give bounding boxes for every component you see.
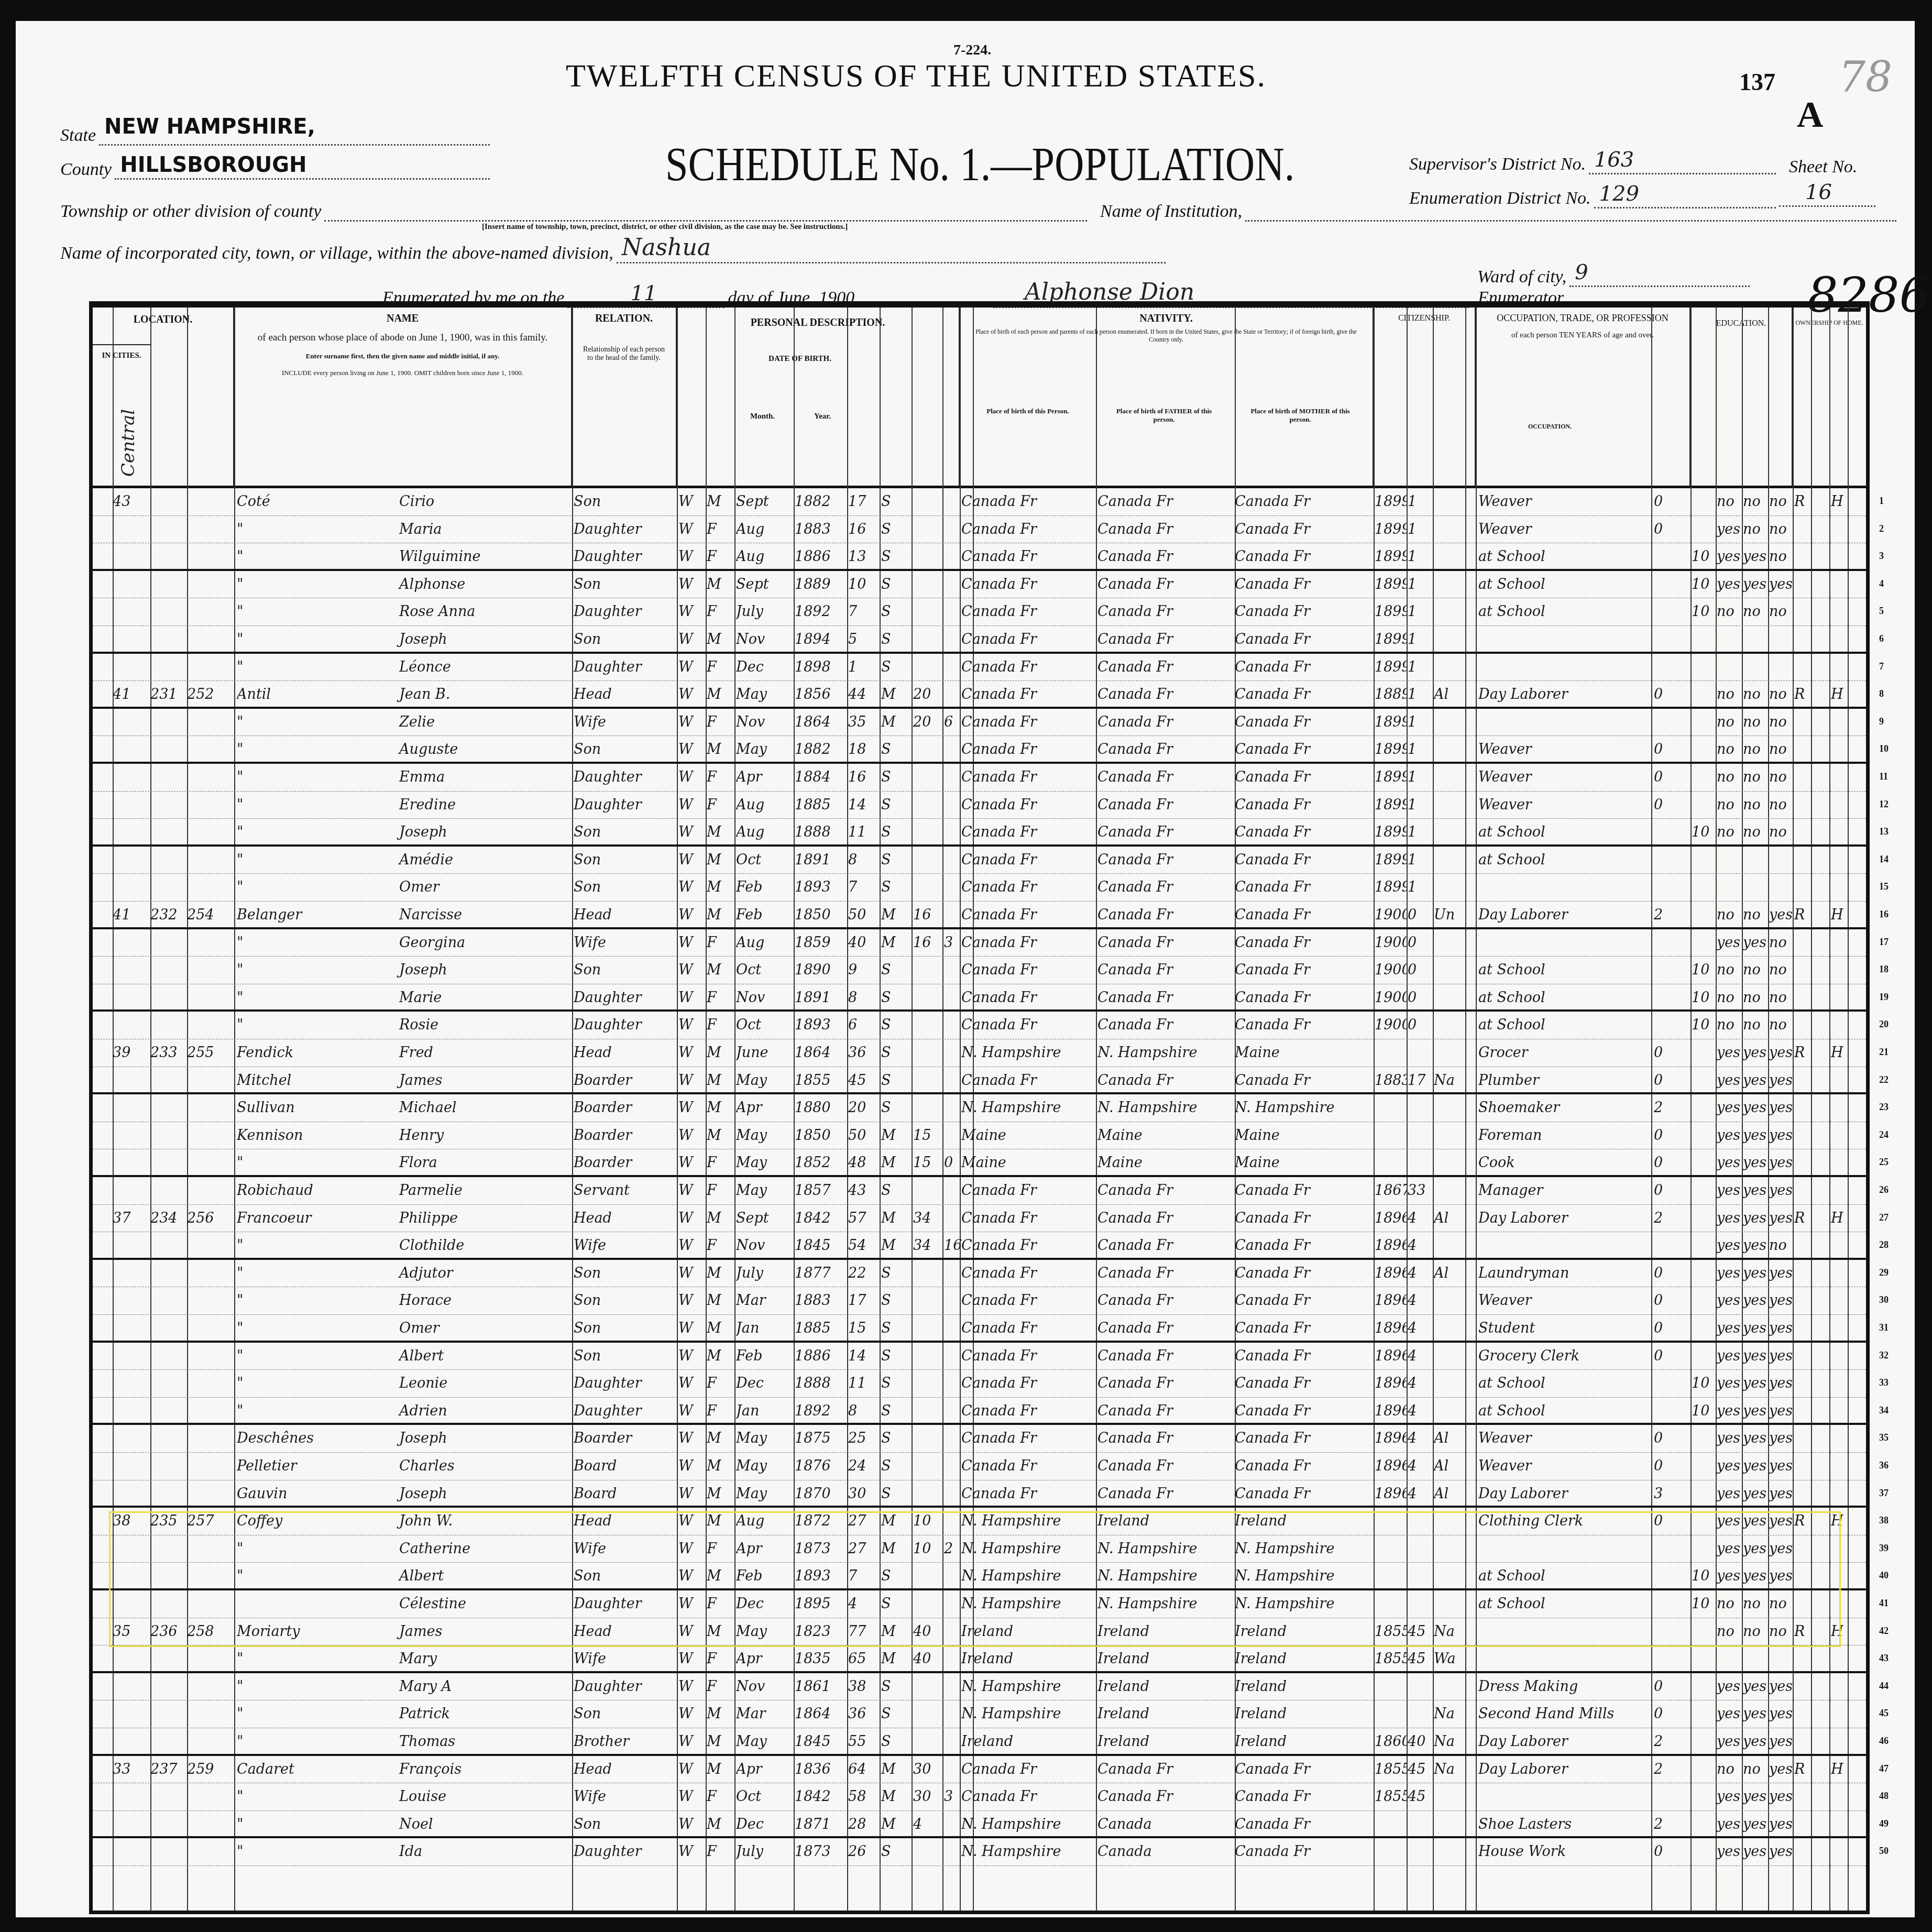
cell-own xyxy=(1794,1094,1813,1122)
cell-pob: Canada Fr xyxy=(961,571,1096,598)
cell-dw xyxy=(150,736,187,762)
cell-speak: yes xyxy=(1769,1563,1793,1588)
cell-rel: Son xyxy=(574,1700,676,1728)
cell-nat xyxy=(1434,1232,1465,1258)
cell-sex: F xyxy=(707,1673,736,1700)
cell-yrs: 4 xyxy=(1408,1315,1433,1341)
cell-sch xyxy=(1692,488,1717,515)
cell-write: no xyxy=(1743,1756,1769,1783)
cell-year: 1882 xyxy=(795,488,847,515)
cell-house xyxy=(113,1453,144,1480)
cell-read: yes xyxy=(1717,1425,1743,1452)
cell-unemp xyxy=(1654,1563,1675,1588)
cell-sch xyxy=(1692,847,1717,874)
cell-pobf: Canada xyxy=(1097,1811,1234,1837)
cell-given: Noel xyxy=(368,1811,598,1837)
cell-age: 6 xyxy=(848,1012,881,1039)
cell-yrs: 1 xyxy=(1408,874,1433,901)
cell-ym: 10 xyxy=(913,1535,942,1563)
cell-age: 48 xyxy=(848,1149,881,1175)
cell-own xyxy=(1794,1177,1813,1204)
cell-read xyxy=(1717,874,1743,901)
line-number: 18 xyxy=(1879,964,1889,975)
cell-age: 27 xyxy=(848,1508,881,1535)
cell-given: Clothilde xyxy=(368,1232,598,1258)
cell-dw xyxy=(150,1370,187,1397)
cell-color: W xyxy=(678,984,707,1010)
cell-age: 45 xyxy=(848,1067,881,1093)
cell-house xyxy=(113,1315,144,1341)
cell-month: Aug xyxy=(736,819,795,844)
table-row: "FloraBoarderWFMay185248M150MaineMaineMa… xyxy=(93,1149,1866,1177)
cell-own xyxy=(1794,984,1813,1010)
table-row: 37234256FrancoeurPhilippeHeadWMSept18425… xyxy=(93,1205,1866,1233)
cell-write: yes xyxy=(1743,571,1769,598)
cell-month: May xyxy=(736,1425,795,1452)
cell-pobm: Canada Fr xyxy=(1235,681,1372,707)
cell-yrs xyxy=(1408,1673,1433,1700)
cell-mar: M xyxy=(881,1811,913,1837)
name-label: NAME xyxy=(255,313,550,325)
cell-age: 15 xyxy=(848,1315,881,1341)
ward-value: 9 xyxy=(1575,260,1588,284)
cell-month: May xyxy=(736,1067,795,1093)
cell-farm xyxy=(1831,1232,1849,1258)
cell-read: no xyxy=(1717,819,1743,844)
table-row: "Mary ADaughterWFNov186138SN. HampshireI… xyxy=(93,1673,1866,1701)
cell-mar: M xyxy=(881,902,913,927)
cell-given: Albert xyxy=(368,1563,598,1588)
cell-speak: yes xyxy=(1769,902,1793,927)
cell-pobm: N. Hampshire xyxy=(1235,1590,1372,1618)
cell-sch xyxy=(1692,681,1717,707)
cell-age: 7 xyxy=(848,1563,881,1588)
cell-occ: Day Laborer xyxy=(1478,1728,1651,1754)
cell-age: 1 xyxy=(848,654,881,681)
cell-unemp: 0 xyxy=(1654,1508,1675,1535)
cell-read: yes xyxy=(1717,1673,1743,1700)
cell-write: yes xyxy=(1743,1480,1769,1506)
cell-pob: Canada Fr xyxy=(961,984,1096,1010)
cell-mar: S xyxy=(881,1094,913,1122)
cell-pobf: Canada Fr xyxy=(1097,598,1234,625)
cell-sex: M xyxy=(707,847,736,874)
cell-speak: no xyxy=(1769,543,1793,569)
cell-imm: 1900 xyxy=(1375,929,1407,957)
cell-rel: Son xyxy=(574,1563,676,1588)
population-table: LOCATION. IN CITIES. NAME of each person… xyxy=(89,301,1870,1914)
cell-dw xyxy=(150,1067,187,1093)
cell-pobf: N. Hampshire xyxy=(1097,1039,1234,1067)
cell-rel: Daughter xyxy=(574,1590,676,1618)
cell-surname: " xyxy=(237,1535,368,1563)
cell-nat xyxy=(1434,984,1465,1010)
cell-color: W xyxy=(678,709,707,736)
cell-color: W xyxy=(678,681,707,707)
cell-month: May xyxy=(736,681,795,707)
cell-dw xyxy=(150,598,187,625)
cell-pob: N. Hampshire xyxy=(961,1563,1096,1588)
cell-speak: yes xyxy=(1769,1425,1793,1452)
cell-unemp xyxy=(1654,1618,1675,1645)
cell-color: W xyxy=(678,516,707,543)
table-row: PelletierCharlesBoardWMMay187624SCanada … xyxy=(93,1453,1866,1480)
cell-pobm: Canada Fr xyxy=(1235,1260,1372,1287)
cell-pobm: Canada Fr xyxy=(1235,847,1372,874)
cell-pobm: Canada Fr xyxy=(1235,1756,1372,1783)
cell-write: yes xyxy=(1743,1287,1769,1314)
cell-sch xyxy=(1692,1811,1717,1837)
cell-sex: F xyxy=(707,1535,736,1563)
cell-house xyxy=(113,1563,144,1588)
cell-farm xyxy=(1831,1370,1849,1397)
cell-farm xyxy=(1831,1315,1849,1341)
cell-fam xyxy=(187,1783,224,1810)
cell-speak xyxy=(1769,1645,1793,1671)
line-number: 14 xyxy=(1879,854,1889,865)
cell-write: no xyxy=(1743,1618,1769,1645)
cell-unemp: 0 xyxy=(1654,488,1675,515)
cell-given: Joseph xyxy=(368,1480,598,1506)
cell-color: W xyxy=(678,792,707,819)
cell-pobm: Canada Fr xyxy=(1235,488,1372,515)
cell-pobf: Maine xyxy=(1097,1122,1234,1149)
cell-imm: 1855 xyxy=(1375,1645,1407,1671)
cell-imm xyxy=(1375,1535,1407,1563)
cell-ym: 16 xyxy=(913,902,942,927)
table-row: "MaryWifeWFApr183565M40IrelandIrelandIre… xyxy=(93,1645,1866,1673)
cell-occ: Weaver xyxy=(1478,792,1651,819)
cell-sex: F xyxy=(707,1398,736,1423)
cell-pobf: Canada Fr xyxy=(1097,984,1234,1010)
cell-speak: no xyxy=(1769,516,1793,543)
cell-read: yes xyxy=(1717,1700,1743,1728)
name-instruction-1: Enter surname first, then the given name… xyxy=(255,352,550,360)
cell-pob: Canada Fr xyxy=(961,1177,1096,1204)
cell-pob: Canada Fr xyxy=(961,488,1096,515)
cell-free xyxy=(1813,736,1831,762)
cell-sex: F xyxy=(707,1838,736,1865)
cell-speak: yes xyxy=(1769,1287,1793,1314)
cell-sex: M xyxy=(707,1618,736,1645)
occupation-description: of each person TEN YEARS of age and over… xyxy=(1486,331,1679,340)
cell-fam xyxy=(187,1645,224,1671)
cell-month: Dec xyxy=(736,1370,795,1397)
cell-year: 1870 xyxy=(795,1480,847,1506)
cell-sex: F xyxy=(707,1645,736,1671)
cell-month: Feb xyxy=(736,874,795,901)
cell-imm: 1896 xyxy=(1375,1453,1407,1480)
cell-year: 1884 xyxy=(795,764,847,791)
cell-speak: yes xyxy=(1769,1756,1793,1783)
cell-own xyxy=(1794,516,1813,543)
cell-sch xyxy=(1692,1260,1717,1287)
cell-pob: Canada Fr xyxy=(961,1205,1096,1232)
cell-fs xyxy=(1849,1315,1866,1341)
cell-given: Catherine xyxy=(368,1535,598,1563)
cell-house xyxy=(113,598,144,625)
cell-yrs: 1 xyxy=(1408,543,1433,569)
cell-own xyxy=(1794,654,1813,681)
cell-own xyxy=(1794,1645,1813,1671)
cell-speak: yes xyxy=(1769,1811,1793,1837)
cell-rel: Boarder xyxy=(574,1094,676,1122)
cell-fam xyxy=(187,1012,224,1039)
cell-write: yes xyxy=(1743,1122,1769,1149)
cell-pobm: Canada Fr xyxy=(1235,626,1372,652)
cell-speak: yes xyxy=(1769,1343,1793,1370)
cell-unemp xyxy=(1654,1645,1675,1671)
cell-pobf: Canada Fr xyxy=(1097,488,1234,515)
cell-mar: M xyxy=(881,1756,913,1783)
cell-pob: Canada Fr xyxy=(961,626,1096,652)
cell-house xyxy=(113,709,144,736)
form-number: 7-224. xyxy=(953,42,991,59)
cell-pob: Canada Fr xyxy=(961,516,1096,543)
cell-read: yes xyxy=(1717,1039,1743,1067)
cell-mar: M xyxy=(881,1783,913,1810)
cell-read: yes xyxy=(1717,1535,1743,1563)
cell-read: yes xyxy=(1717,1315,1743,1341)
cell-house: 43 xyxy=(113,488,144,515)
cell-pobm: Canada Fr xyxy=(1235,874,1372,901)
cell-fam xyxy=(187,1728,224,1754)
cell-speak: no xyxy=(1769,1618,1793,1645)
cell-sex: M xyxy=(707,1508,736,1535)
cell-mar: S xyxy=(881,1480,913,1506)
table-row: CélestineDaughterWFDec18954SN. Hampshire… xyxy=(93,1590,1866,1618)
cell-rel: Daughter xyxy=(574,1673,676,1700)
cell-nat xyxy=(1434,1149,1465,1175)
cell-pobm: Canada Fr xyxy=(1235,819,1372,844)
cell-occ: Plumber xyxy=(1478,1067,1651,1093)
cell-house xyxy=(113,1425,144,1452)
cell-house xyxy=(113,1700,144,1728)
cell-occ: Second Hand Mills xyxy=(1478,1700,1651,1728)
cell-read: yes xyxy=(1717,1728,1743,1754)
cell-rel: Son xyxy=(574,1260,676,1287)
cell-surname: Coté xyxy=(237,488,368,515)
enumeration-district: 129 xyxy=(1599,182,1639,206)
cell-pobf: Canada Fr xyxy=(1097,626,1234,652)
cell-yrs: 1 xyxy=(1408,571,1433,598)
cell-pobm: Maine xyxy=(1235,1149,1372,1175)
cell-fs xyxy=(1849,516,1866,543)
cell-yrs xyxy=(1408,1039,1433,1067)
cell-fs xyxy=(1849,1756,1866,1783)
cell-ym xyxy=(913,874,942,901)
cell-yrs xyxy=(1408,1149,1433,1175)
cell-yrs: 1 xyxy=(1408,488,1433,515)
cell-age: 14 xyxy=(848,792,881,819)
cell-pobf: Canada Fr xyxy=(1097,1425,1234,1452)
cell-surname: " xyxy=(237,1315,368,1341)
cell-pob: Maine xyxy=(961,1149,1096,1175)
cell-nat xyxy=(1434,654,1465,681)
cell-house xyxy=(113,957,144,984)
cell-fs xyxy=(1849,819,1866,844)
cell-house xyxy=(113,516,144,543)
table-row: "CatherineWifeWFApr187327M102N. Hampshir… xyxy=(93,1535,1866,1563)
cell-imm xyxy=(1375,1508,1407,1535)
cell-free xyxy=(1813,1232,1831,1258)
cell-occ xyxy=(1478,1232,1651,1258)
cell-month: Dec xyxy=(736,1590,795,1618)
cell-speak: yes xyxy=(1769,1094,1793,1122)
cell-rel: Brother xyxy=(574,1728,676,1754)
cell-pobm: Canada Fr xyxy=(1235,1205,1372,1232)
cell-nat: Al xyxy=(1434,1453,1465,1480)
cell-age: 8 xyxy=(848,984,881,1010)
cell-pobm: Canada Fr xyxy=(1235,984,1372,1010)
cell-sex: M xyxy=(707,957,736,984)
cell-house xyxy=(113,874,144,901)
cell-own xyxy=(1794,543,1813,569)
cell-dw: 232 xyxy=(150,902,187,927)
cell-mar: S xyxy=(881,543,913,569)
cell-free xyxy=(1813,1811,1831,1837)
personal-description-label: PERSONAL DESCRIPTION. xyxy=(677,317,959,329)
cell-surname: Gauvin xyxy=(237,1480,368,1506)
cell-given: Emma xyxy=(368,764,598,791)
cell-nat: Na xyxy=(1434,1700,1465,1728)
cell-nat xyxy=(1434,1287,1465,1314)
cell-rel: Son xyxy=(574,957,676,984)
ward-label: Ward of city, xyxy=(1477,267,1566,287)
cell-house xyxy=(113,1287,144,1314)
cell-yrs: 45 xyxy=(1408,1756,1433,1783)
cell-fs xyxy=(1849,1838,1866,1865)
cell-year: 1861 xyxy=(795,1673,847,1700)
cell-given: Joseph xyxy=(368,819,598,844)
cell-yrs: 1 xyxy=(1408,764,1433,791)
ward-field: Ward of city, 9 xyxy=(1477,267,1750,287)
cell-write: yes xyxy=(1743,1425,1769,1452)
cell-pob: Canada Fr xyxy=(961,654,1096,681)
cell-pob: Canada Fr xyxy=(961,709,1096,736)
cell-read: yes xyxy=(1717,1149,1743,1175)
county-field: County HILLSBOROUGH xyxy=(60,160,490,180)
table-row: "LeonieDaughterWFDec188811SCanada FrCana… xyxy=(93,1370,1866,1398)
cell-house: 41 xyxy=(113,681,144,707)
cell-farm xyxy=(1831,1563,1849,1588)
cell-sex: F xyxy=(707,1232,736,1258)
cell-own xyxy=(1794,1287,1813,1314)
cell-fam xyxy=(187,516,224,543)
cell-farm xyxy=(1831,792,1849,819)
cell-speak: no xyxy=(1769,1232,1793,1258)
cell-pob: Canada Fr xyxy=(961,543,1096,569)
cell-pob: Canada Fr xyxy=(961,1067,1096,1093)
cell-read: yes xyxy=(1717,1480,1743,1506)
cell-speak xyxy=(1769,654,1793,681)
cell-imm: 1899 xyxy=(1375,847,1407,874)
cell-free xyxy=(1813,571,1831,598)
cell-occ: Grocer xyxy=(1478,1039,1651,1067)
cell-pobm: Canada Fr xyxy=(1235,1398,1372,1423)
cell-given: Ida xyxy=(368,1838,598,1865)
cell-pob: Canada Fr xyxy=(961,902,1096,927)
cell-nat xyxy=(1434,626,1465,652)
cell-imm: 1899 xyxy=(1375,626,1407,652)
cell-fam xyxy=(187,764,224,791)
cell-ym: 40 xyxy=(913,1618,942,1645)
cell-year: 1883 xyxy=(795,1287,847,1314)
cell-write: yes xyxy=(1743,1315,1769,1341)
cell-mar: M xyxy=(881,929,913,957)
cell-sch xyxy=(1692,1122,1717,1149)
cell-given: Cirio xyxy=(368,488,598,515)
cell-surname: " xyxy=(237,874,368,901)
cell-pobm: N. Hampshire xyxy=(1235,1094,1372,1122)
cell-age: 40 xyxy=(848,929,881,957)
cell-farm xyxy=(1831,1067,1849,1093)
cell-month: Jan xyxy=(736,1315,795,1341)
cell-sex: M xyxy=(707,1287,736,1314)
cell-pob: N. Hampshire xyxy=(961,1508,1096,1535)
personal-description-header: PERSONAL DESCRIPTION. DATE OF BIRTH. Mon… xyxy=(677,308,960,486)
cell-own: R xyxy=(1794,681,1813,707)
cell-sch xyxy=(1692,1673,1717,1700)
cell-pobf: Canada Fr xyxy=(1097,1232,1234,1258)
cell-sch xyxy=(1692,1094,1717,1122)
cell-write: no xyxy=(1743,1012,1769,1039)
cell-free xyxy=(1813,1067,1831,1093)
cell-speak: yes xyxy=(1769,1480,1793,1506)
cell-pob: Ireland xyxy=(961,1645,1096,1671)
cell-unemp: 0 xyxy=(1654,681,1675,707)
cell-farm xyxy=(1831,1700,1849,1728)
cell-fs xyxy=(1849,1094,1866,1122)
cell-read: yes xyxy=(1717,1398,1743,1423)
cell-house xyxy=(113,1398,144,1423)
cell-yrs: 4 xyxy=(1408,1343,1433,1370)
cell-farm: H xyxy=(1831,902,1849,927)
cell-month: Apr xyxy=(736,1535,795,1563)
cell-surname: " xyxy=(237,1838,368,1865)
cell-yrs: 1 xyxy=(1408,709,1433,736)
cell-write: yes xyxy=(1743,1205,1769,1232)
cell-speak: no xyxy=(1769,929,1793,957)
cell-house xyxy=(113,1067,144,1093)
line-number: 19 xyxy=(1879,992,1889,1003)
cell-rel: Head xyxy=(574,1039,676,1067)
cell-farm xyxy=(1831,516,1849,543)
cell-fs xyxy=(1849,1122,1866,1149)
cell-ym: 15 xyxy=(913,1149,942,1175)
cell-color: W xyxy=(678,1425,707,1452)
table-row: "AlphonseSonWMSept188910SCanada FrCanada… xyxy=(93,571,1866,599)
cell-age: 14 xyxy=(848,1343,881,1370)
line-number: 49 xyxy=(1879,1818,1889,1829)
cell-farm xyxy=(1831,957,1849,984)
cell-pob: Canada Fr xyxy=(961,1343,1096,1370)
pencil-note: 78 xyxy=(1839,52,1892,101)
cell-month: Nov xyxy=(736,1232,795,1258)
cell-age: 4 xyxy=(848,1590,881,1618)
line-number: 12 xyxy=(1879,799,1889,810)
pob-father-label: Place of birth of FATHER of this person. xyxy=(1106,407,1222,424)
cell-sex: M xyxy=(707,571,736,598)
cell-color: W xyxy=(678,1067,707,1093)
cell-unemp xyxy=(1654,654,1675,681)
cell-imm: 1899 xyxy=(1375,516,1407,543)
cell-house xyxy=(113,654,144,681)
cell-yrs: 1 xyxy=(1408,681,1433,707)
cell-fam xyxy=(187,543,224,569)
cell-yrs: 45 xyxy=(1408,1783,1433,1810)
cell-pob: Canada Fr xyxy=(961,1012,1096,1039)
